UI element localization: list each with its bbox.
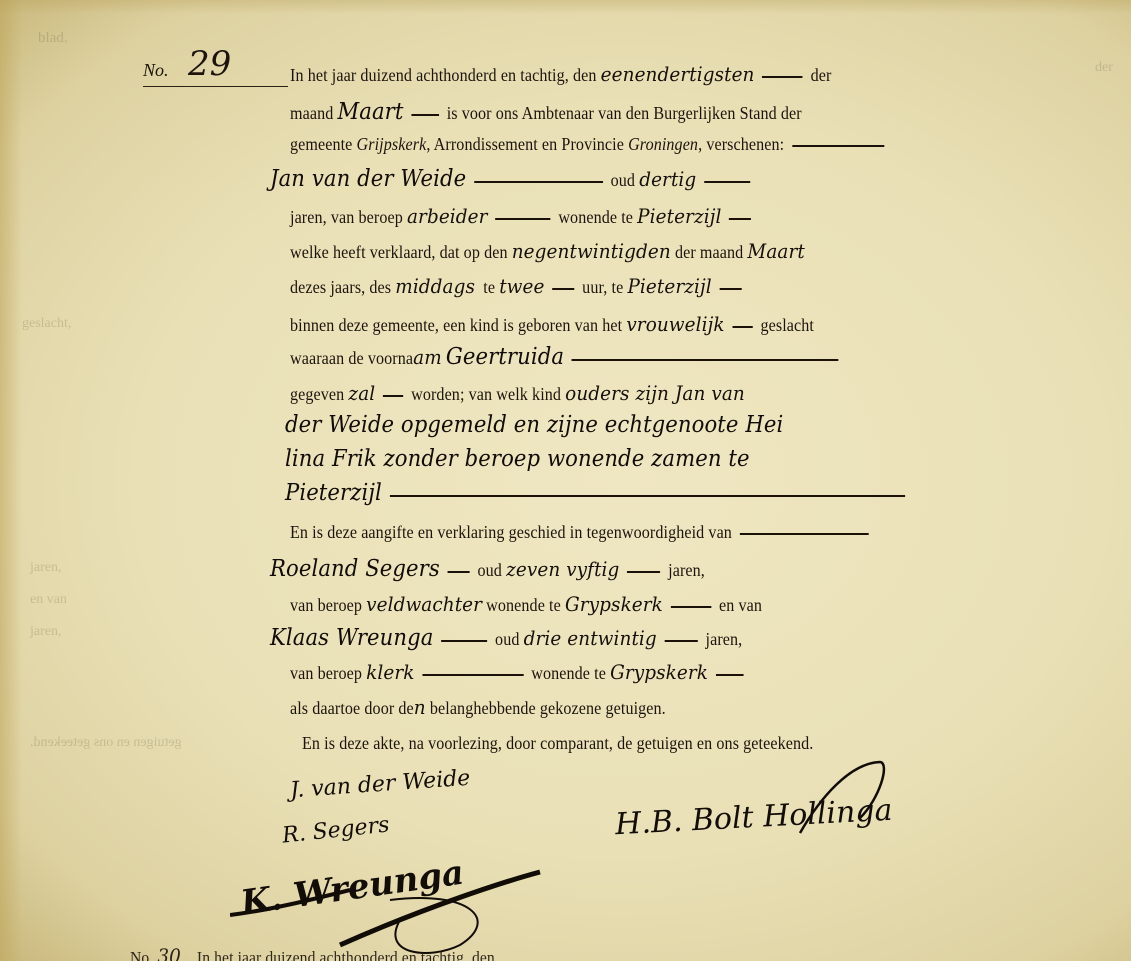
- printed-text: oud: [495, 629, 519, 649]
- handwritten-birth-month: Maart: [747, 239, 804, 263]
- printed-text: dezes jaars, des: [290, 277, 391, 297]
- handwritten-birth-day: negentwintigden: [512, 239, 671, 263]
- next-entry-number: 30: [157, 944, 181, 961]
- printed-text: van beroep: [290, 595, 362, 615]
- printed-text: belanghebbende gekozene getuigen.: [430, 698, 666, 718]
- paper-edge-shadow: [0, 0, 22, 961]
- handwritten-residence: Pieterzijl: [637, 204, 721, 228]
- handwritten-month: Maart: [338, 99, 404, 125]
- handwritten-witness2-occupation: klerk: [366, 660, 414, 684]
- printed-text: jaren,: [668, 560, 705, 580]
- handwritten-suffix: am: [413, 345, 442, 369]
- fill-dash: [740, 533, 869, 535]
- record-line-12: lina Frik zonder beroep wonende zamen te: [285, 446, 750, 472]
- handwritten-text: zal: [348, 381, 375, 405]
- printed-text: wonende te: [558, 207, 633, 227]
- record-line-3: gemeente Grijpskerk, Arrondissement en P…: [290, 134, 888, 155]
- printed-text: wonende te: [486, 595, 561, 615]
- bleed-through-text: jaren,: [30, 560, 61, 576]
- printed-text: te: [483, 277, 495, 297]
- printed-text: binnen deze gemeente, een kind is gebore…: [290, 315, 622, 335]
- record-line-20: En is deze akte, na voorlezing, door com…: [302, 733, 813, 754]
- record-line-15: Roeland Segers oud zeven vyftig jaren,: [270, 556, 705, 582]
- fill-dash: [762, 76, 802, 78]
- printed-text: als daartoe door de: [290, 698, 414, 718]
- printed-text: uur, te: [582, 277, 623, 297]
- printed-text: der: [811, 65, 832, 85]
- bleed-through-text: jaren,: [30, 624, 61, 640]
- handwritten-witness2-name: Klaas Wreunga: [270, 625, 433, 651]
- printed-text: En is deze aangifte en verklaring geschi…: [290, 522, 732, 542]
- record-line-14: En is deze aangifte en verklaring geschi…: [290, 522, 872, 543]
- fill-dash: [390, 495, 905, 497]
- printed-text: jaren, van beroep: [290, 207, 403, 227]
- printed-text: wonende te: [531, 663, 606, 683]
- fill-dash: [495, 218, 550, 220]
- printed-text: gegeven: [290, 384, 344, 404]
- bleed-through-text: en van: [30, 592, 67, 608]
- printed-text: der maand: [675, 242, 743, 262]
- handwritten-hour: twee: [499, 274, 544, 298]
- printed-text: van beroep: [290, 663, 362, 683]
- record-line-2: maand Maart is voor ons Ambtenaar van de…: [290, 99, 802, 125]
- fill-dash: [671, 606, 711, 608]
- record-line-4: Jan van der Weide oud dertig: [270, 166, 754, 192]
- printed-text: geslacht: [760, 315, 813, 335]
- printed-text: welke heeft verklaard, dat op den: [290, 242, 508, 262]
- record-line-8: binnen deze gemeente, een kind is gebore…: [290, 312, 814, 336]
- entry-number: 29: [188, 44, 231, 84]
- signature-declarant: J. van der Weide: [289, 766, 471, 804]
- fill-dash: [441, 640, 487, 642]
- signature-flourish: [790, 758, 890, 838]
- handwritten-parents: ouders zijn Jan van: [565, 381, 745, 405]
- fill-dash: [627, 571, 660, 573]
- next-entry-label: No.: [130, 948, 153, 961]
- printed-text: gemeente: [290, 134, 352, 154]
- printed-text: oud: [611, 170, 635, 190]
- record-line-1: In het jaar duizend achthonderd en tacht…: [290, 62, 831, 86]
- record-line-19: als daartoe door den belanghebbende geko…: [290, 695, 666, 719]
- handwritten-child-name: Geertruida: [446, 344, 564, 370]
- handwritten-witness1-age: zeven vyftig: [506, 557, 619, 581]
- handwritten-day: eenendertigsten: [601, 62, 755, 86]
- entry-number-rule: [143, 86, 288, 87]
- paper-edge-shadow-top: [0, 0, 1131, 14]
- handwritten-age: dertig: [639, 167, 696, 191]
- printed-text: In het jaar duizend achthonderd en tacht…: [290, 65, 597, 85]
- record-line-7: dezes jaars, des middags te twee uur, te…: [290, 274, 745, 298]
- handwritten-birth-place: Pieterzijl: [627, 274, 711, 298]
- record-line-9: waaraan de voornaam Geertruida: [290, 344, 842, 370]
- fill-dash: [716, 674, 744, 676]
- printed-text: worden; van welk kind: [411, 384, 561, 404]
- handwritten-witness1-occupation: veldwachter: [366, 592, 482, 616]
- printed-text: en van: [719, 595, 762, 615]
- record-line-10: gegeven zal worden; van welk kind ouders…: [290, 381, 745, 405]
- fill-dash: [552, 288, 574, 290]
- fill-dash: [572, 359, 839, 361]
- handwritten-sex: vrouwelijk: [626, 312, 724, 336]
- printed-text: oud: [478, 560, 502, 580]
- fill-dash: [422, 674, 523, 676]
- fill-dash: [383, 395, 403, 397]
- record-line-18: van beroep klerk wonende te Grypskerk: [290, 660, 747, 684]
- bleed-through-text: blad.: [38, 30, 68, 47]
- printed-text: jaren,: [706, 629, 743, 649]
- municipality: Grijpskerk: [357, 134, 427, 154]
- next-entry-partial: No. 30 In het jaar duizend achthonderd e…: [130, 944, 495, 961]
- printed-text: is voor ons Ambtenaar van den Burgerlijk…: [447, 103, 802, 123]
- printed-text: , Arrondissement en Provincie: [426, 134, 624, 154]
- fill-dash: [665, 640, 698, 642]
- handwritten-declarant-name: Jan van der Weide: [270, 166, 466, 192]
- record-line-13: Pieterzijl: [285, 480, 909, 506]
- bleed-through-text: der: [1095, 60, 1113, 76]
- fill-dash: [729, 218, 751, 220]
- signature-witness1: R. Segers: [281, 812, 391, 848]
- handwritten-witness2-age: drie entwintig: [524, 626, 657, 650]
- printed-text: maand: [290, 103, 333, 123]
- fill-dash: [448, 571, 470, 573]
- fill-dash: [792, 145, 884, 147]
- record-line-17: Klaas Wreunga oud drie entwintig jaren,: [270, 625, 742, 651]
- handwritten-daypart: middags: [395, 274, 475, 298]
- bleed-through-text: getuigen en ons geteekend.: [30, 735, 182, 751]
- bleed-through-text: geslacht,: [22, 316, 71, 332]
- record-line-11: der Weide opgemeld en zijne echtgenoote …: [285, 412, 783, 438]
- handwritten-text: n: [414, 695, 426, 719]
- printed-text: En is deze akte, na voorlezing, door com…: [302, 733, 813, 753]
- handwritten-witness1-name: Roeland Segers: [270, 556, 440, 582]
- printed-text: , verschenen:: [698, 134, 784, 154]
- record-line-16: van beroep veldwachter wonende te Grypsk…: [290, 592, 762, 616]
- printed-text: waaraan de voorna: [290, 348, 413, 368]
- entry-number-label: No.: [143, 60, 169, 81]
- handwritten-occupation: arbeider: [407, 204, 488, 228]
- handwritten-parents-residence: Pieterzijl: [285, 480, 382, 506]
- record-line-5: jaren, van beroep arbeider wonende te Pi…: [290, 204, 755, 228]
- handwritten-witness2-residence: Grypskerk: [610, 660, 708, 684]
- fill-dash: [732, 326, 752, 328]
- fill-dash: [474, 181, 603, 183]
- record-line-6: welke heeft verklaard, dat op den negent…: [290, 239, 805, 263]
- fill-dash: [411, 114, 439, 116]
- handwritten-witness1-residence: Grypskerk: [565, 592, 663, 616]
- fill-dash: [720, 288, 742, 290]
- province: Groningen: [628, 134, 698, 154]
- fill-dash: [704, 181, 750, 183]
- printed-text: In het jaar duizend achthonderd en tacht…: [197, 948, 495, 961]
